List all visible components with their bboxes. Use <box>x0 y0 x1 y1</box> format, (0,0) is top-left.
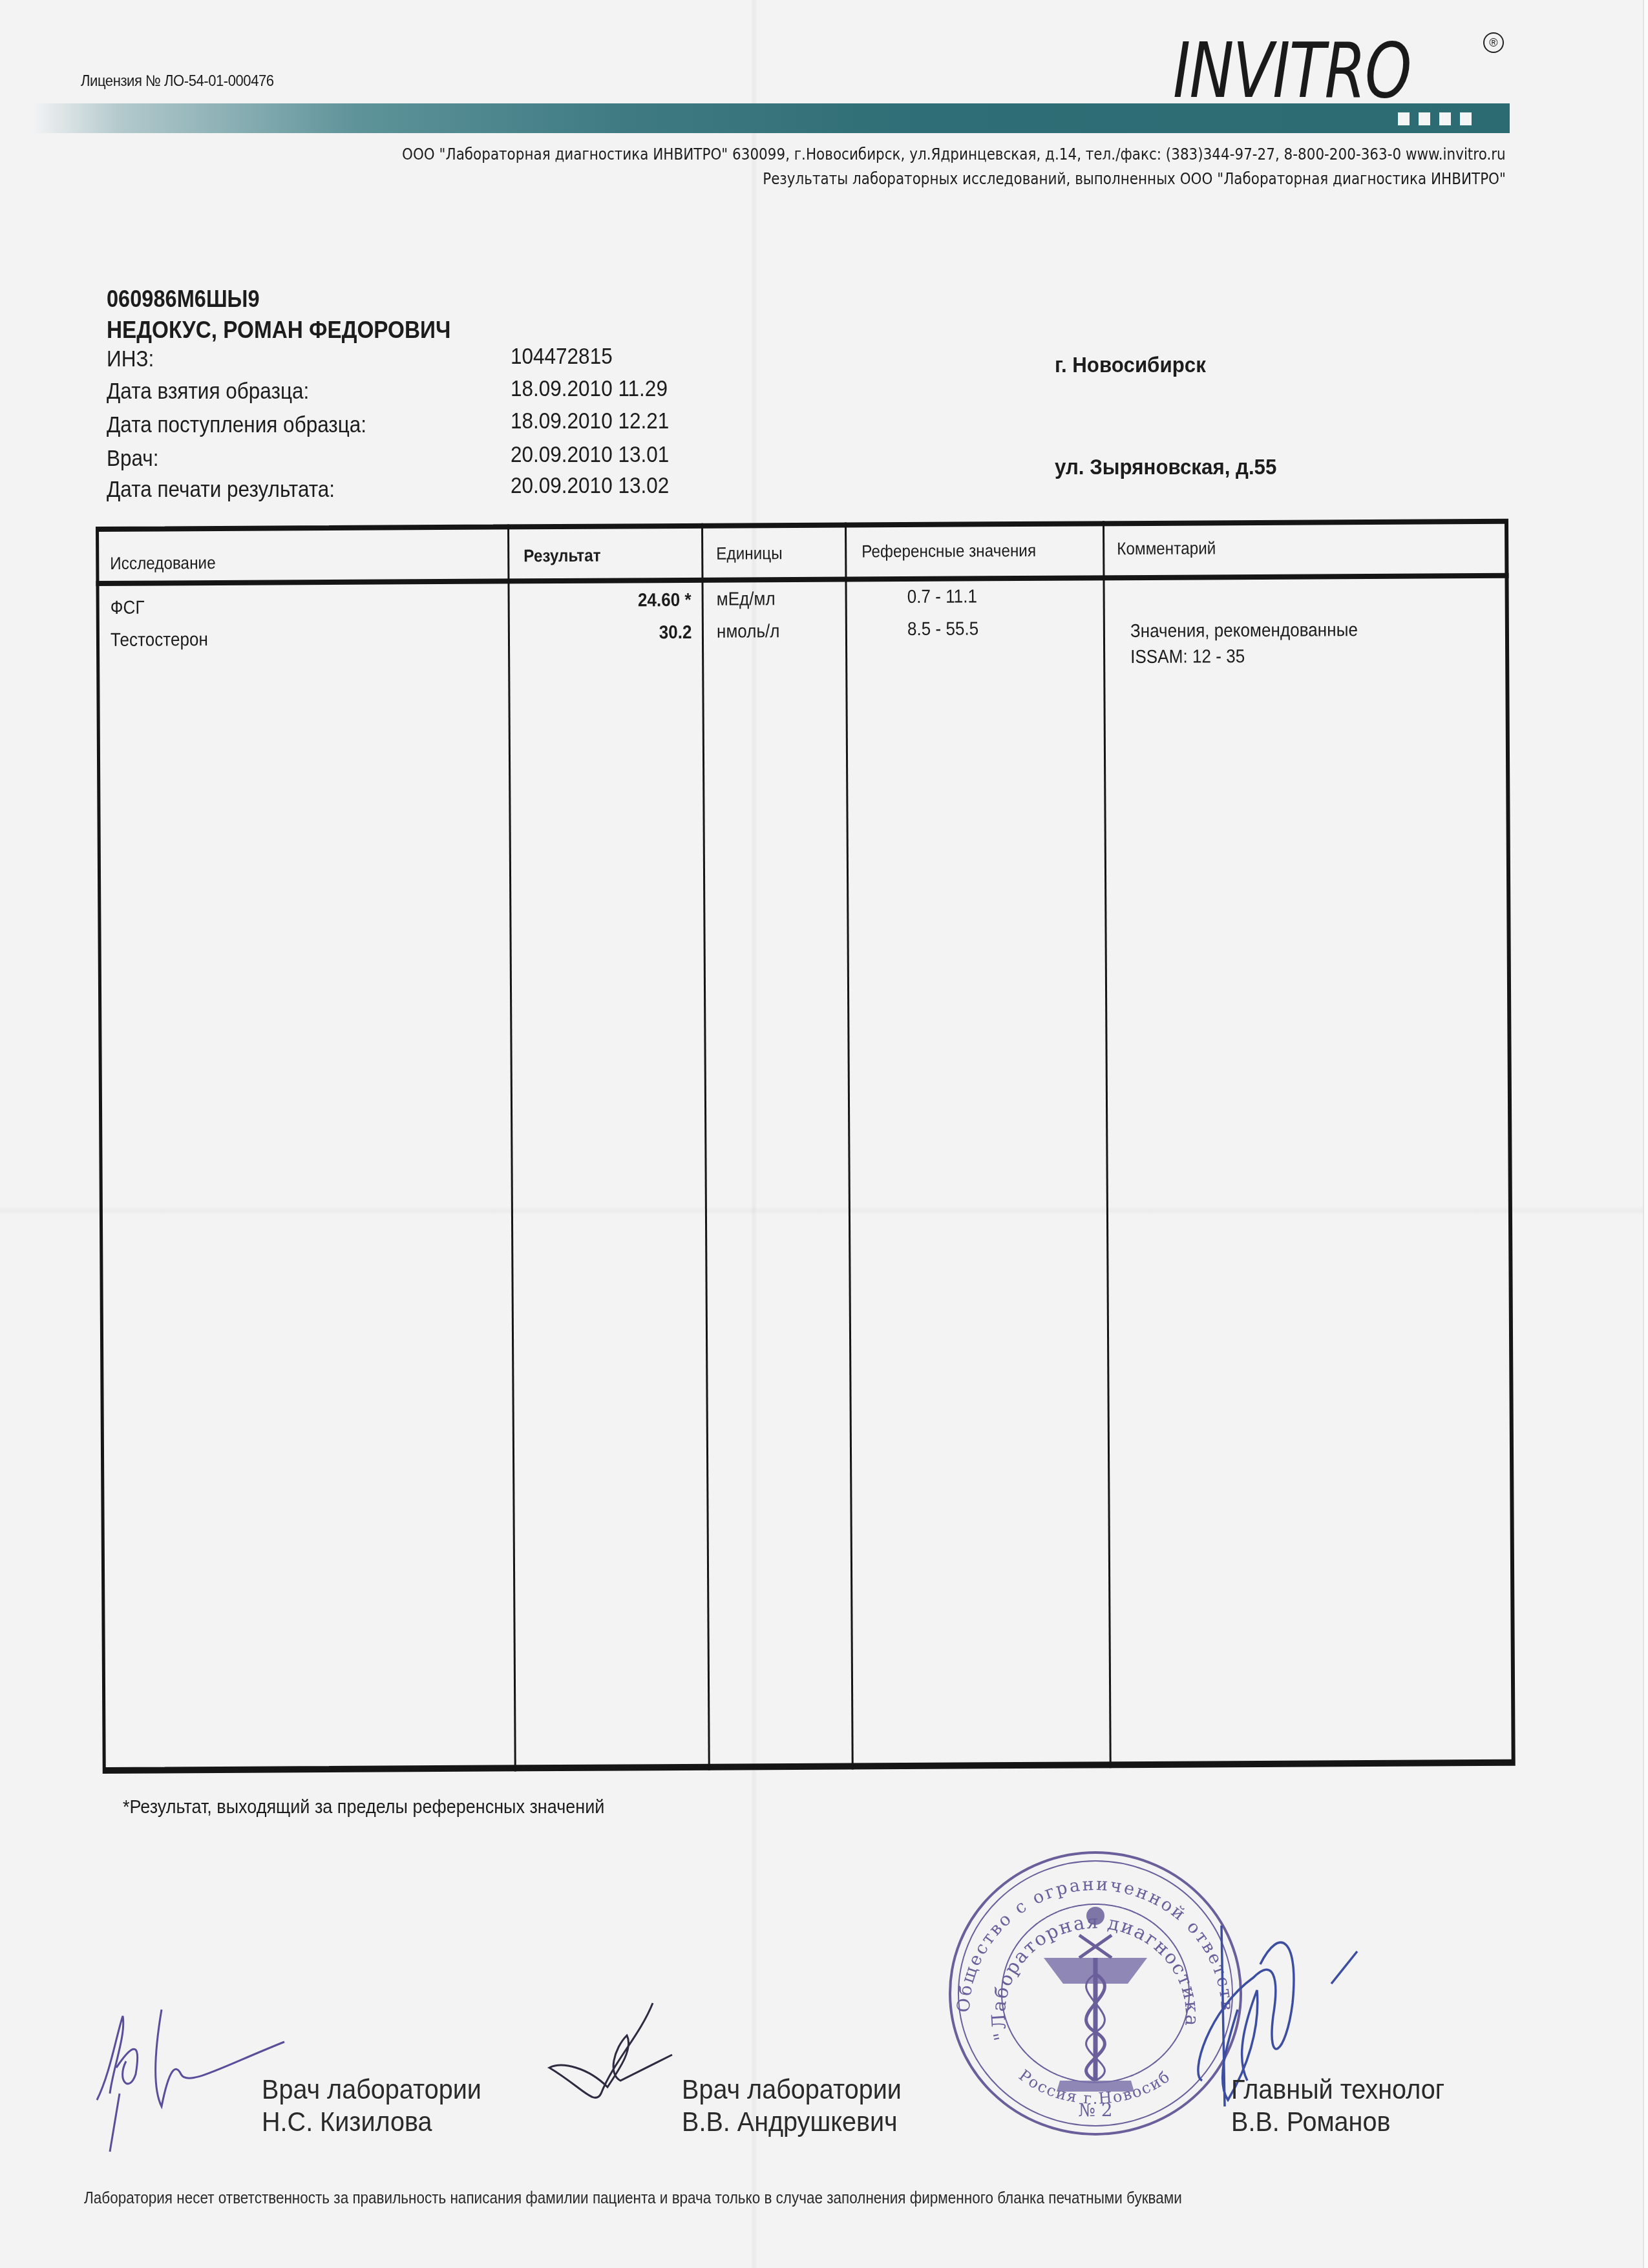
signature-name: В.В. Андрушкевич <box>682 2106 898 2138</box>
out-of-range-footnote: *Результат, выходящий за пределы референ… <box>123 1796 604 1818</box>
header-reference: Референсные значения <box>861 541 1036 562</box>
lab-city: г. Новосибирск <box>1055 353 1206 378</box>
cell-reference: 0.7 - 11.1 <box>907 586 978 608</box>
license-number: Лицензия № ЛО-54-01-000476 <box>81 72 274 90</box>
field-label: ИНЗ: <box>107 346 154 372</box>
cell-result: 30.2 <box>659 622 692 644</box>
disclaimer: Лаборатория несет ответственность за пра… <box>84 2189 1182 2208</box>
header-result: Результат <box>523 546 601 567</box>
svg-text:№ 2: № 2 <box>1078 2099 1112 2121</box>
signature-title: Врач лаборатории <box>682 2074 902 2106</box>
cell-result: 24.60 * <box>638 590 692 611</box>
registered-mark-icon: ® <box>1483 32 1504 53</box>
field-value: 18.09.2010 12.21 <box>511 408 669 434</box>
field-label: Дата поступления образца: <box>107 412 366 438</box>
cell-test: Тестостерон <box>111 629 208 651</box>
cell-units: нмоль/л <box>717 621 780 643</box>
paper-edge <box>1643 0 1648 2268</box>
cell-comment: Значения, рекомендованные <box>1130 620 1358 642</box>
results-caption: Результаты лабораторных исследований, вы… <box>763 169 1506 188</box>
lab-street: ул. Зыряновская, д.55 <box>1055 455 1276 480</box>
invitro-logo: INVITRO <box>1173 26 1411 115</box>
cell-units: мЕд/мл <box>717 589 776 611</box>
patient-name: НЕДОКУС, РОМАН ФЕДОРОВИЧ <box>107 317 450 344</box>
signature-title: Врач лаборатории <box>262 2074 481 2106</box>
header-band <box>32 103 1510 133</box>
signature-andrushkevich <box>536 1997 698 2126</box>
cell-test: ФСГ <box>111 598 145 619</box>
signature-title: Главный технолог <box>1231 2074 1444 2106</box>
field-value: 20.09.2010 13.02 <box>511 473 669 499</box>
field-value: 18.09.2010 11.29 <box>511 376 668 402</box>
cell-comment: ISSAM: 12 - 35 <box>1130 646 1245 668</box>
table-frame <box>96 519 1516 1774</box>
header-comment: Комментарий <box>1117 538 1216 559</box>
field-value: 20.09.2010 13.01 <box>511 442 669 468</box>
field-label: Дата печати результата: <box>107 477 335 503</box>
field-label: Дата взятия образца: <box>107 379 309 404</box>
field-label: Врач: <box>107 446 159 472</box>
signature-name: В.В. Романов <box>1231 2106 1390 2138</box>
signature-name: Н.С. Кизилова <box>262 2106 432 2138</box>
header-test: Исследование <box>110 553 215 574</box>
organization-address: ООО "Лабораторная диагностика ИНВИТРО" 6… <box>402 145 1506 163</box>
header-units: Единицы <box>716 543 783 564</box>
band-squares-icon <box>1398 112 1472 125</box>
field-value: 104472815 <box>511 344 613 370</box>
cell-reference: 8.5 - 55.5 <box>907 618 978 640</box>
patient-code: 060986М6ШЫ9 <box>107 286 260 313</box>
results-table: Исследование Результат Единицы Референсн… <box>96 519 1516 1774</box>
